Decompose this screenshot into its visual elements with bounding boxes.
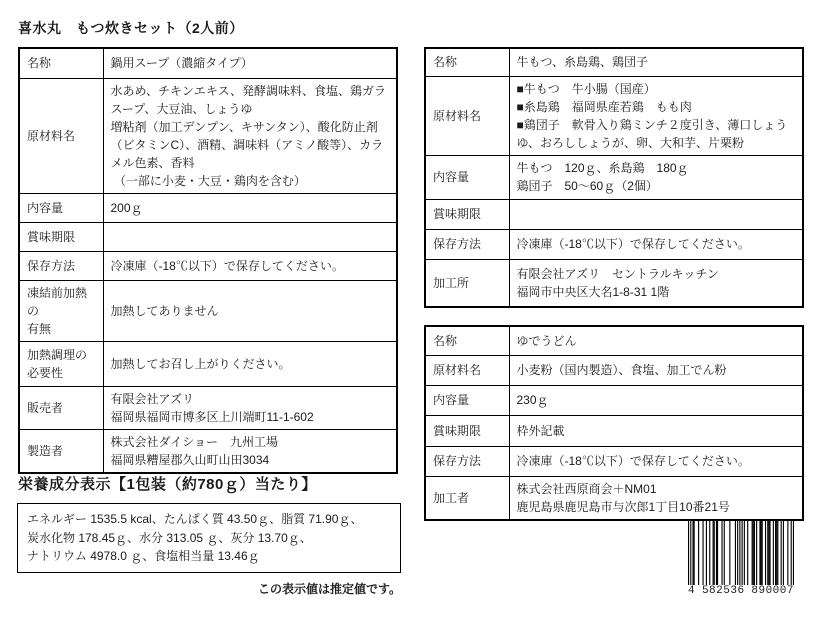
- row-value: 牛もつ、糸島鶏、鶏団子: [509, 48, 803, 76]
- table-row: 内容量 牛もつ 120ｇ、糸島鶏 180ｇ 鶏団子 50〜60ｇ（2個）: [425, 155, 803, 199]
- row-value: [103, 222, 397, 251]
- row-value: 小麦粉（国内製造）、食塩、加工でん粉: [509, 355, 803, 385]
- row-value: 牛もつ 120ｇ、糸島鶏 180ｇ 鶏団子 50〜60ｇ（2個）: [509, 155, 803, 199]
- table-row: 保存方法 冷凍庫（-18℃以下）で保存してください。: [425, 446, 803, 476]
- row-value: 加熱してありません: [103, 280, 397, 341]
- row-value: 水あめ、チキンエキス、発酵調味料、食塩、鶏ガラスープ、大豆油、しょうゆ 増粘剤（…: [103, 78, 397, 193]
- row-value: 有限会社アズリ セントラルキッチン 福岡市中央区大名1-8-31 1階: [509, 259, 803, 307]
- table-row: 原材料名 水あめ、チキンエキス、発酵調味料、食塩、鶏ガラスープ、大豆油、しょうゆ…: [19, 78, 397, 193]
- row-value: ゆでうどん: [509, 326, 803, 355]
- table-row: 賞味期限: [425, 199, 803, 229]
- row-label: 名称: [425, 48, 509, 76]
- barcode-digits-right: 890007: [751, 585, 794, 597]
- barcode: 4 582536 890007: [688, 521, 794, 601]
- row-label: 加工所: [425, 259, 509, 307]
- row-label: 加工者: [425, 476, 509, 520]
- table-row: 名称 牛もつ、糸島鶏、鶏団子: [425, 48, 803, 76]
- udon-spec-table: 名称 ゆでうどん 原材料名 小麦粉（国内製造）、食塩、加工でん粉 内容量 230…: [424, 325, 804, 521]
- row-value: 鍋用スープ（濃縮タイプ）: [103, 48, 397, 78]
- row-label: 製造者: [19, 429, 103, 473]
- nutrition-box: エネルギー 1535.5 kcal、たんぱく質 43.50ｇ、脂質 71.90ｇ…: [17, 503, 401, 573]
- table-row: 内容量 200ｇ: [19, 193, 397, 222]
- row-label: 販売者: [19, 386, 103, 429]
- table-row: 加熱調理の 必要性 加熱してお召し上がりください。: [19, 341, 397, 386]
- row-value: [509, 199, 803, 229]
- row-label: 加熱調理の 必要性: [19, 341, 103, 386]
- nutrition-heading: 栄養成分表示【1包装（約780ｇ）当たり】: [18, 473, 317, 494]
- meat-spec-table: 名称 牛もつ、糸島鶏、鶏団子 原材料名 ■牛もつ 牛小腸（国産） ■糸島鶏 福岡…: [424, 47, 804, 308]
- row-label: 内容量: [425, 155, 509, 199]
- table-row: 凍結前加熱の 有無 加熱してありません: [19, 280, 397, 341]
- row-label: 凍結前加熱の 有無: [19, 280, 103, 341]
- row-label: 保存方法: [425, 446, 509, 476]
- row-value: 有限会社アズリ 福岡県福岡市博多区上川端町11-1-602: [103, 386, 397, 429]
- row-label: 保存方法: [19, 251, 103, 280]
- row-value: 加熱してお召し上がりください。: [103, 341, 397, 386]
- row-value: 枠外記載: [509, 415, 803, 446]
- row-value: 230ｇ: [509, 385, 803, 415]
- table-row: 賞味期限 枠外記載: [425, 415, 803, 446]
- row-value: ■牛もつ 牛小腸（国産） ■糸島鶏 福岡県産若鶏 もも肉 ■鶏団子 軟骨入り鶏ミ…: [509, 76, 803, 155]
- table-row: 製造者 株式会社ダイショー 九州工場 福岡県糟屋郡久山町山田3034: [19, 429, 397, 473]
- barcode-digits: 4 582536 890007: [688, 585, 794, 597]
- row-label: 名称: [425, 326, 509, 355]
- row-value: 冷凍庫（-18℃以下）で保存してください。: [509, 446, 803, 476]
- soup-spec-table: 名称 鍋用スープ（濃縮タイプ） 原材料名 水あめ、チキンエキス、発酵調味料、食塩…: [18, 47, 398, 474]
- table-row: 販売者 有限会社アズリ 福岡県福岡市博多区上川端町11-1-602: [19, 386, 397, 429]
- row-label: 原材料名: [425, 76, 509, 155]
- table-row: 保存方法 冷凍庫（-18℃以下）で保存してください。: [425, 229, 803, 259]
- row-label: 賞味期限: [425, 199, 509, 229]
- right-column: 名称 牛もつ、糸島鶏、鶏団子 原材料名 ■牛もつ 牛小腸（国産） ■糸島鶏 福岡…: [424, 47, 804, 521]
- table-row: 名称 ゆでうどん: [425, 326, 803, 355]
- row-value: 株式会社西原商会＋NM01 鹿児島県鹿児島市与次郎1丁目10番21号: [509, 476, 803, 520]
- table-row: 加工者 株式会社西原商会＋NM01 鹿児島県鹿児島市与次郎1丁目10番21号: [425, 476, 803, 520]
- table-row: 保存方法 冷凍庫（-18℃以下）で保存してください。: [19, 251, 397, 280]
- row-label: 原材料名: [19, 78, 103, 193]
- table-row: 加工所 有限会社アズリ セントラルキッチン 福岡市中央区大名1-8-31 1階: [425, 259, 803, 307]
- row-label: 保存方法: [425, 229, 509, 259]
- table-row: 内容量 230ｇ: [425, 385, 803, 415]
- barcode-bars: [688, 521, 794, 585]
- left-column: 名称 鍋用スープ（濃縮タイプ） 原材料名 水あめ、チキンエキス、発酵調味料、食塩…: [18, 47, 399, 474]
- barcode-digits-left: 582536: [702, 585, 745, 597]
- row-label: 名称: [19, 48, 103, 78]
- row-label: 内容量: [19, 193, 103, 222]
- table-row: 原材料名 ■牛もつ 牛小腸（国産） ■糸島鶏 福岡県産若鶏 もも肉 ■鶏団子 軟…: [425, 76, 803, 155]
- table-row: 名称 鍋用スープ（濃縮タイプ）: [19, 48, 397, 78]
- nutrition-note: この表示値は推定値です。: [18, 580, 401, 597]
- row-label: 賞味期限: [19, 222, 103, 251]
- row-label: 内容量: [425, 385, 509, 415]
- page-title: 喜水丸 もつ炊きセット（2人前）: [18, 18, 244, 38]
- row-value: 冷凍庫（-18℃以下）で保存してください。: [509, 229, 803, 259]
- row-value: 冷凍庫（-18℃以下）で保存してください。: [103, 251, 397, 280]
- row-label: 賞味期限: [425, 415, 509, 446]
- row-value: 200ｇ: [103, 193, 397, 222]
- row-label: 原材料名: [425, 355, 509, 385]
- row-value: 株式会社ダイショー 九州工場 福岡県糟屋郡久山町山田3034: [103, 429, 397, 473]
- table-row: 原材料名 小麦粉（国内製造）、食塩、加工でん粉: [425, 355, 803, 385]
- barcode-digit-first: 4: [688, 585, 695, 597]
- table-row: 賞味期限: [19, 222, 397, 251]
